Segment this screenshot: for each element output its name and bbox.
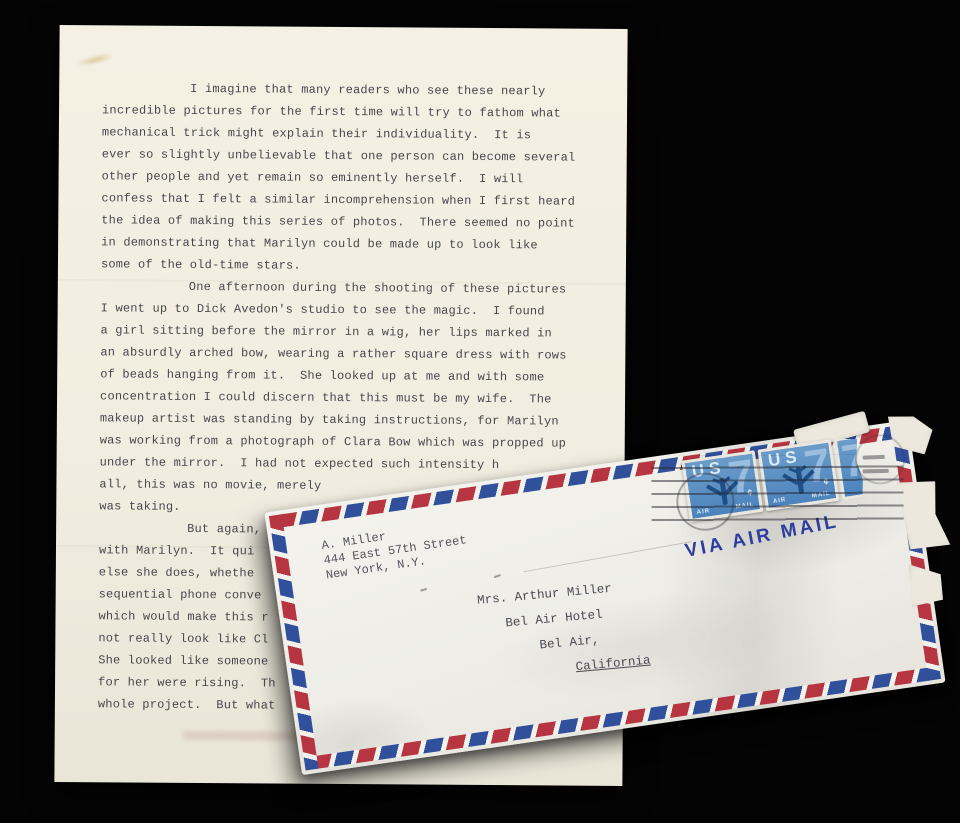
- postmark-smudge: [863, 455, 885, 460]
- cancellation-lines: [651, 454, 903, 526]
- ink-speck: [494, 574, 501, 578]
- postmark-smudge: [863, 469, 889, 474]
- paper-stain: [75, 51, 116, 69]
- recipient-address: Mrs. Arthur Miller Bel Air Hotel Bel Air…: [476, 574, 651, 689]
- torn-edge-flap: [907, 564, 945, 608]
- photo-background: I imagine that many readers who see thes…: [0, 0, 960, 823]
- ink-speck: [420, 588, 427, 592]
- return-address: A. Miller 444 East 57th Street New York,…: [321, 518, 470, 583]
